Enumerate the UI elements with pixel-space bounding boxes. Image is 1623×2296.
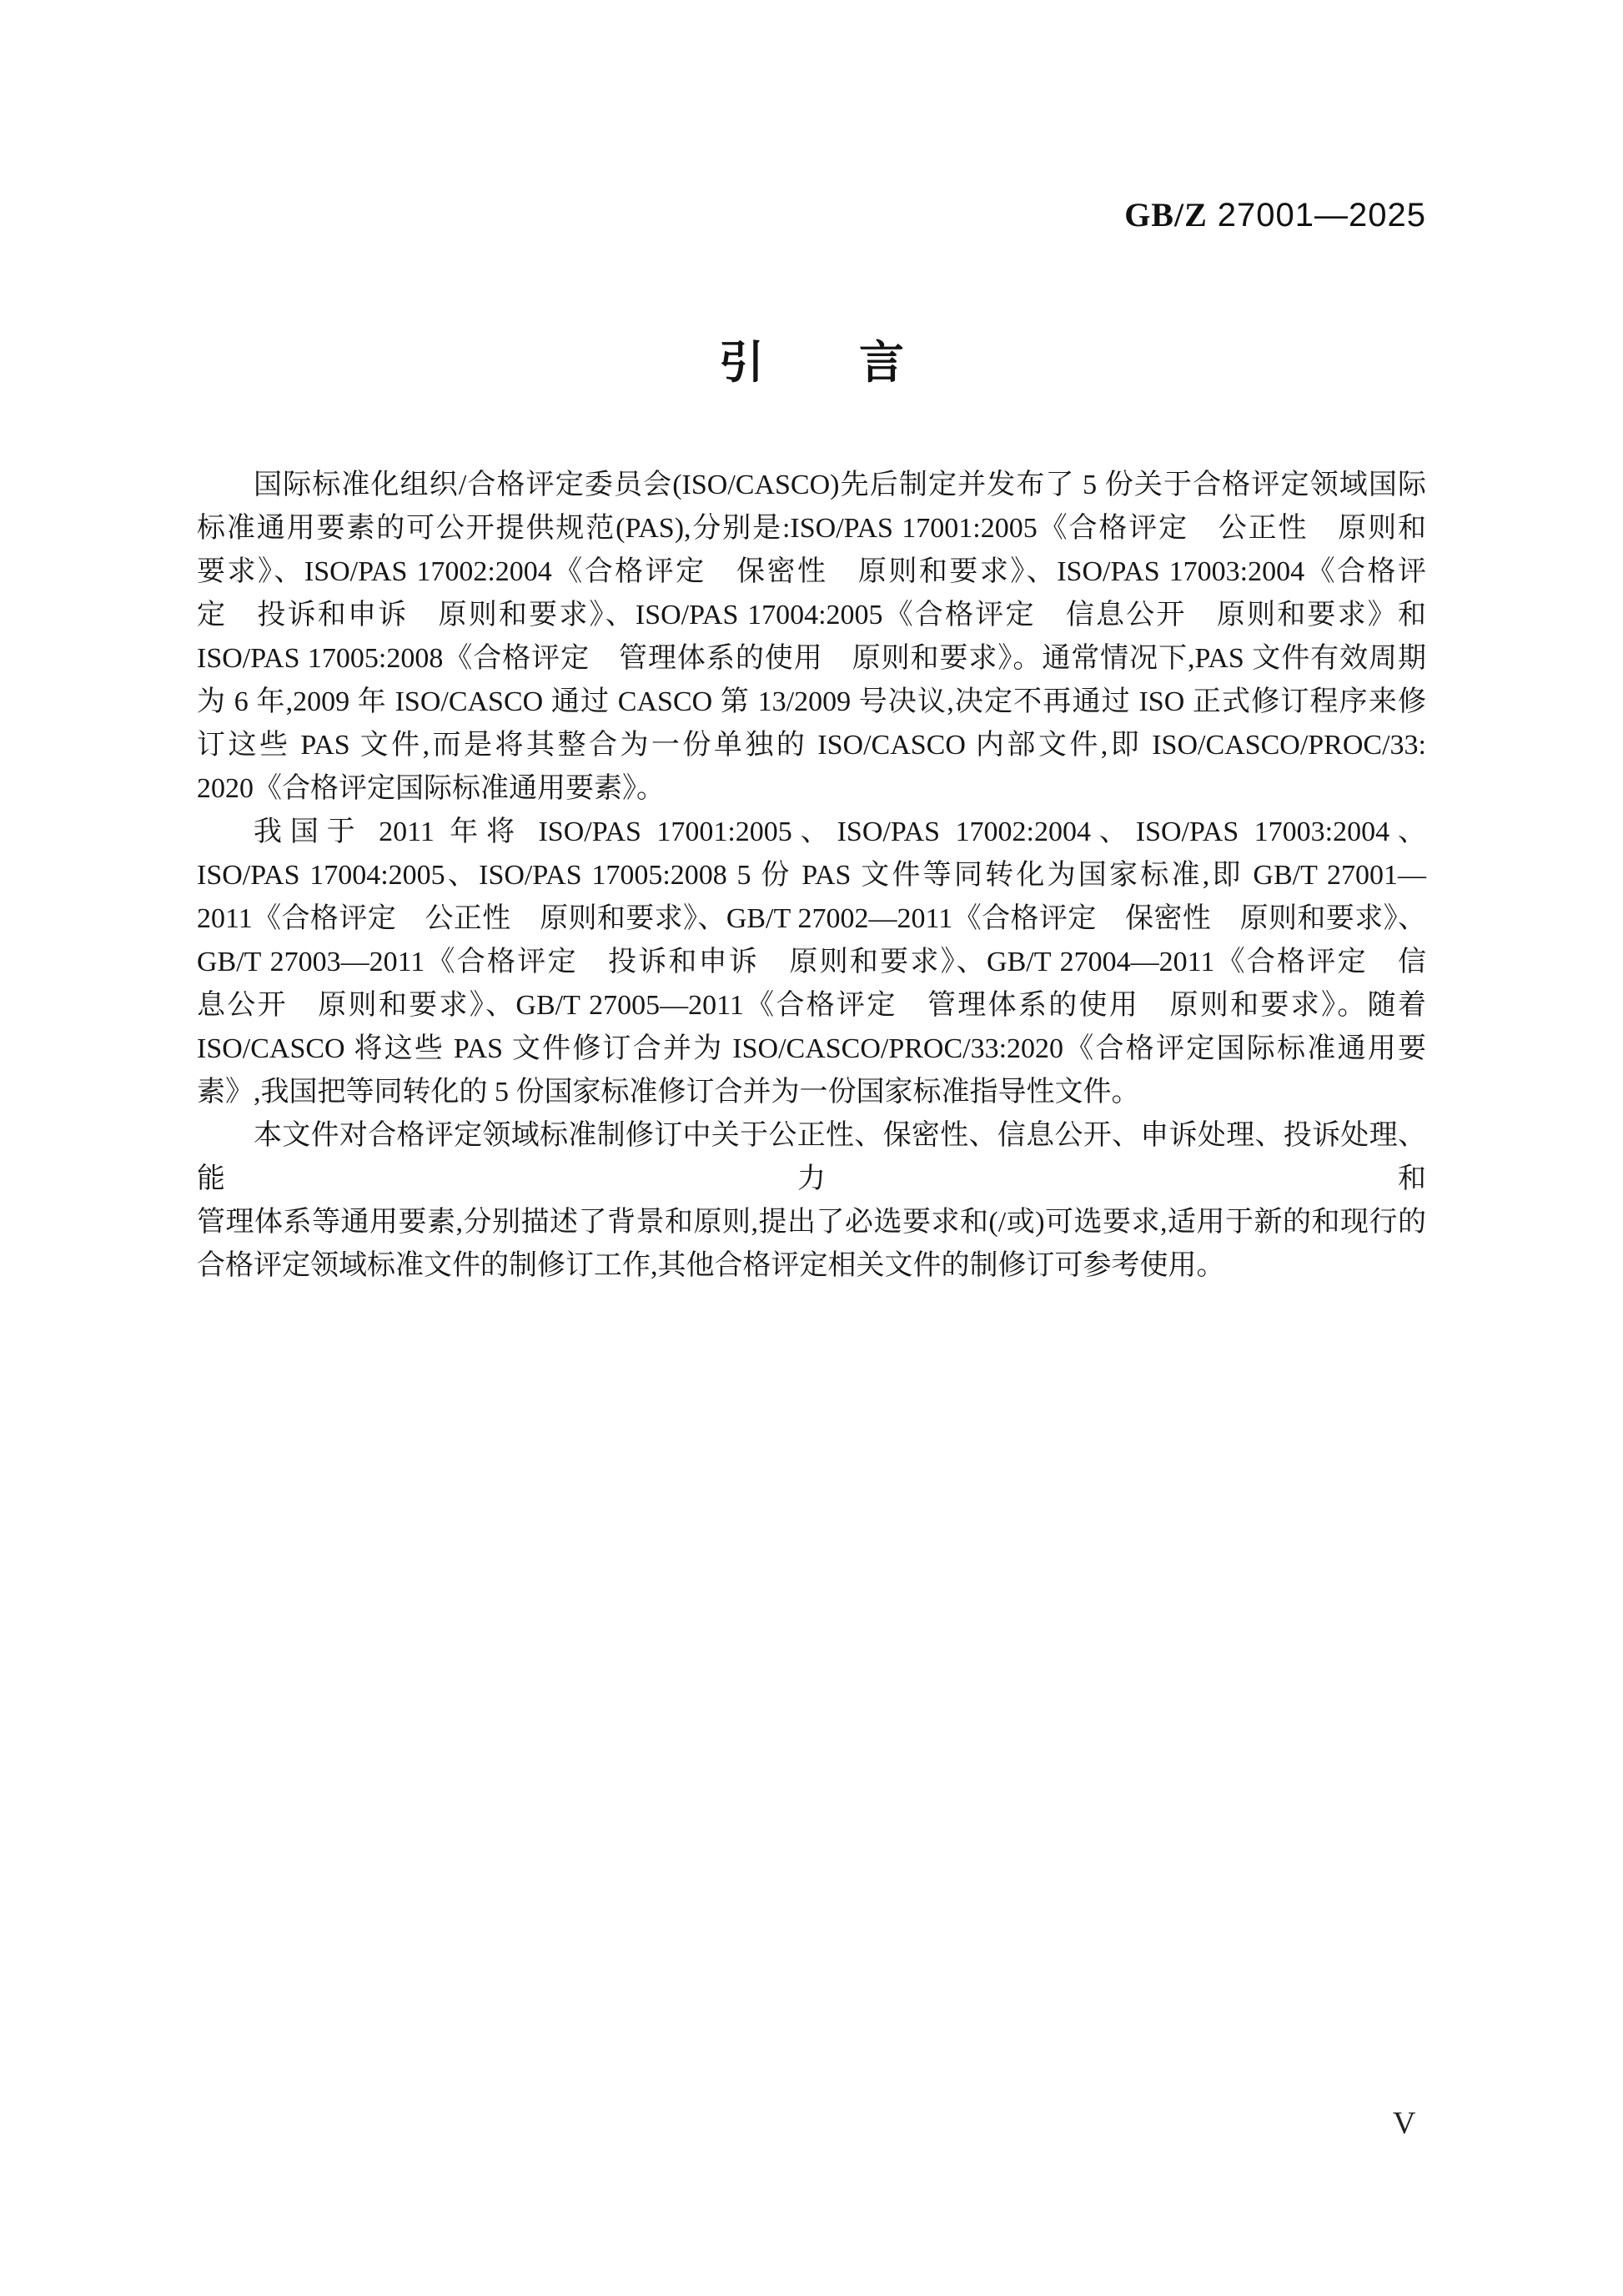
page-number: V [1393,2105,1415,2142]
text-line: ISO/PAS 17005:2008《合格评定 管理体系的使用 原则和要求》。通… [197,637,1426,681]
standard-code-prefix: GB/Z [1124,196,1208,234]
text-line: ISO/CASCO 将这些 PAS 文件修订合并为 ISO/CASCO/PROC… [197,1027,1426,1071]
text-line: GB/T 27003—2011《合格评定 投诉和申诉 原则和要求》、GB/T 2… [197,941,1426,984]
text-line: 国际标准化组织/合格评定委员会(ISO/CASCO)先后制定并发布了 5 份关于… [197,464,1426,507]
body-text: 国际标准化组织/合格评定委员会(ISO/CASCO)先后制定并发布了 5 份关于… [197,464,1426,1288]
paragraph: 我国于 2011 年将 ISO/PAS 17001:2005、ISO/PAS 1… [197,811,1426,1114]
standard-code-number: 27001—2025 [1218,197,1426,234]
text-line: 2020《合格评定国际标准通用要素》。 [197,767,1426,811]
text-line: 我国于 2011 年将 ISO/PAS 17001:2005、ISO/PAS 1… [197,811,1426,854]
text-line: 合格评定领域标准文件的制修订工作,其他合格评定相关文件的制修订可参考使用。 [197,1244,1426,1288]
paragraph: 国际标准化组织/合格评定委员会(ISO/CASCO)先后制定并发布了 5 份关于… [197,464,1426,811]
document-page: GB/Z27001—2025 引 言 国际标准化组织/合格评定委员会(ISO/C… [0,0,1623,2296]
text-line: 为 6 年,2009 年 ISO/CASCO 通过 CASCO 第 13/200… [197,681,1426,724]
page-title: 引 言 [198,327,1426,391]
paragraph: 本文件对合格评定领域标准制修订中关于公正性、保密性、信息公开、申诉处理、投诉处理… [197,1114,1426,1288]
text-line: 本文件对合格评定领域标准制修订中关于公正性、保密性、信息公开、申诉处理、投诉处理… [197,1114,1426,1201]
text-line: 管理体系等通用要素,分别描述了背景和原则,提出了必选要求和(/或)可选要求,适用… [197,1201,1426,1244]
text-line: 订这些 PAS 文件,而是将其整合为一份单独的 ISO/CASCO 内部文件,即… [197,724,1426,767]
text-line: 定 投诉和申诉 原则和要求》、ISO/PAS 17004:2005《合格评定 信… [197,594,1426,637]
text-line: 息公开 原则和要求》、GB/T 27005—2011《合格评定 管理体系的使用 … [197,984,1426,1027]
standard-code: GB/Z27001—2025 [1124,195,1426,234]
text-line: 标准通用要素的可公开提供规范(PAS),分别是:ISO/PAS 17001:20… [197,507,1426,550]
text-line: 2011《合格评定 公正性 原则和要求》、GB/T 27002—2011《合格评… [197,897,1426,941]
text-line: 要求》、ISO/PAS 17002:2004《合格评定 保密性 原则和要求》、I… [197,550,1426,594]
text-line: 素》,我国把等同转化的 5 份国家标准修订合并为一份国家标准指导性文件。 [197,1071,1426,1114]
text-line: ISO/PAS 17004:2005、ISO/PAS 17005:2008 5 … [197,854,1426,897]
